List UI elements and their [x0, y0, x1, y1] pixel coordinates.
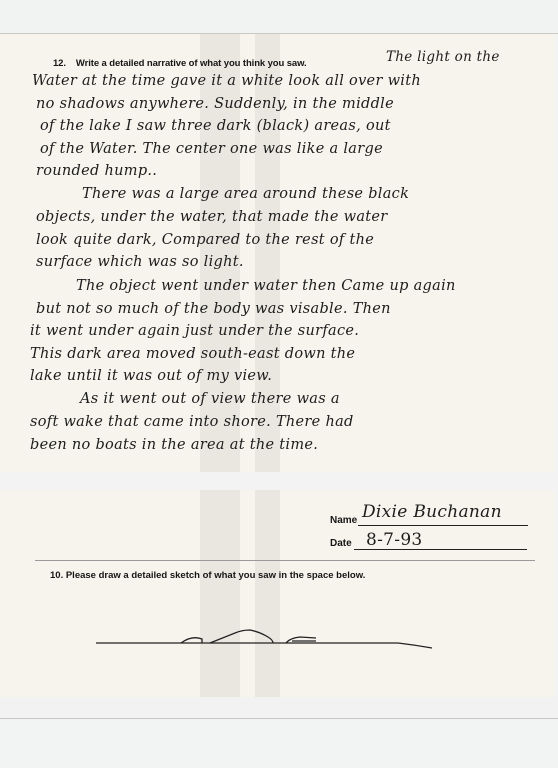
question-text: Write a detailed narrative of what you t… [76, 58, 307, 69]
answer-line: but not so much of the body was visable.… [36, 301, 391, 317]
section-divider [35, 560, 535, 561]
question-10-prompt: 10. Please draw a detailed sketch of wha… [50, 570, 365, 581]
center-hump [210, 630, 273, 643]
answer-line: rounded hump.. [36, 163, 157, 179]
answer-line: There was a large area around these blac… [82, 186, 409, 202]
answer-line: no shadows anywhere. Suddenly, in the mi… [36, 96, 394, 112]
question-12-prompt: 12.Write a detailed narrative of what yo… [53, 58, 307, 69]
date-label: Date [330, 538, 352, 549]
small-hump-right [286, 637, 316, 643]
answer-line: The light on the [386, 49, 500, 65]
answer-line: soft wake that came into shore. There ha… [30, 414, 354, 430]
answer-line: lake until it was out of my view. [30, 368, 272, 384]
page-bottom-edge [0, 718, 558, 719]
page-gap [0, 472, 558, 490]
answer-line: The object went under water then Came up… [76, 278, 456, 294]
small-hump-left [181, 638, 202, 643]
date-value: 8-7-93 [366, 530, 423, 550]
name-value: Dixie Buchanan [362, 502, 502, 522]
question-number: 12. [53, 58, 66, 69]
answer-line: Water at the time gave it a white look a… [32, 73, 421, 89]
scan-bottom-margin [0, 697, 558, 718]
answer-line: of the Water. The center one was like a … [40, 141, 383, 157]
waterline [96, 643, 432, 648]
name-label: Name [330, 515, 357, 526]
answer-line: been no boats in the area at the time. [30, 437, 318, 453]
name-underline [358, 525, 528, 526]
answer-line: it went under again just under the surfa… [30, 323, 359, 339]
answer-line: This dark area moved south-east down the [30, 346, 355, 362]
answer-line: As it went out of view there was a [80, 391, 340, 407]
answer-line: objects, under the water, that made the … [36, 209, 388, 225]
answer-line: of the lake I saw three dark (black) are… [40, 118, 391, 134]
sketch-drawing [80, 620, 440, 690]
answer-line: look quite dark, Compared to the rest of… [36, 232, 374, 248]
scan-top-margin [0, 0, 558, 33]
answer-line: surface which was so light. [36, 254, 244, 270]
